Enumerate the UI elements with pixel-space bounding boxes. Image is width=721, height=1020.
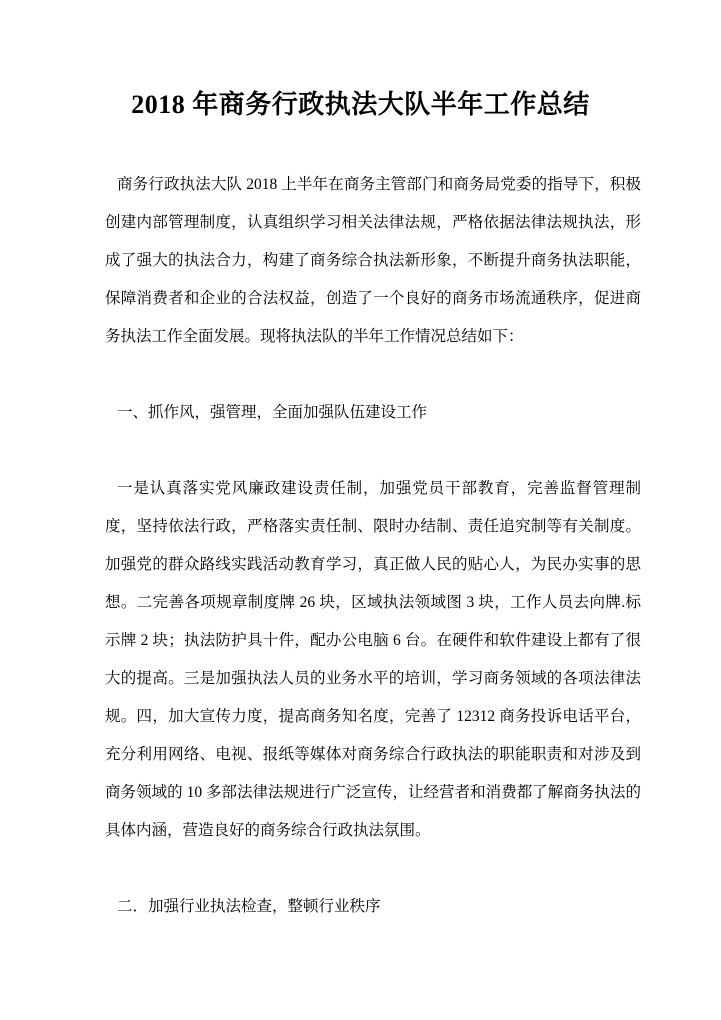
intro-paragraph: 商务行政执法大队 2018 上半年在商务主管部门和商务局党委的指导下，积极创建内… bbox=[105, 166, 641, 356]
document-body: 商务行政执法大队 2018 上半年在商务主管部门和商务局党委的指导下，积极创建内… bbox=[105, 166, 641, 926]
section-paragraph-1: 一是认真落实党风廉政建设责任制，加强党员干部教育，完善监督管理制度，坚持依法行政… bbox=[105, 470, 641, 850]
document-title: 2018 年商务行政执法大队半年工作总结 bbox=[0, 0, 721, 120]
section-heading-1: 一、抓作风，强管理，全面加强队伍建设工作 bbox=[105, 394, 641, 432]
document-page: 2018 年商务行政执法大队半年工作总结 商务行政执法大队 2018 上半年在商… bbox=[0, 0, 721, 1020]
section-heading-2: 二．加强行业执法检查，整顿行业秩序 bbox=[105, 888, 641, 926]
